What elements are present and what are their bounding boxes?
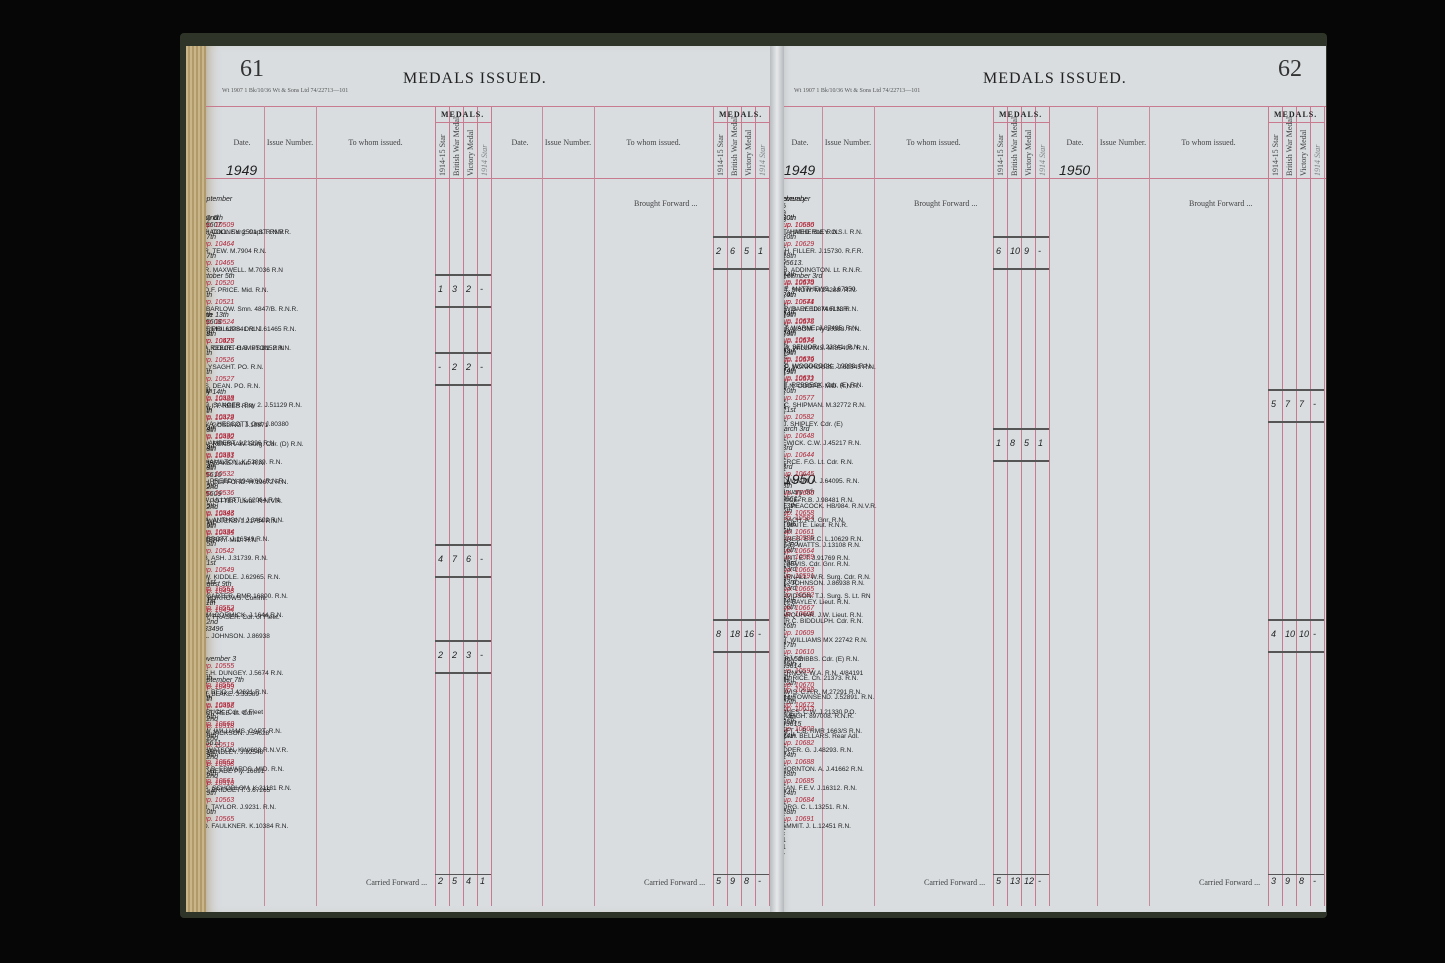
entry-date: " 24th xyxy=(198,445,778,452)
entry-issue-number: Dup. 10682 xyxy=(778,740,1326,747)
entry-date: " 5th xyxy=(198,369,778,376)
entry-date: " 24th xyxy=(778,330,1326,337)
entry-issue-number: Dup. 10664 xyxy=(778,548,1326,555)
subtotal-value: - xyxy=(1313,399,1316,409)
ledger-row: April 5th395614VERNON. W.A. R.N. 4/84191… xyxy=(778,656,1326,672)
entry-date: November 3 xyxy=(198,656,778,663)
entry-date: " 17th xyxy=(198,253,778,260)
ledger-row: " 5thDup. 10527C.S. DEAN. PO. R.N.111- xyxy=(198,369,778,385)
entry-date: " 30th xyxy=(198,733,778,740)
ledger-row: " 31stDup. 10549S.W. KIDDLE. J.62965. R.… xyxy=(198,560,778,576)
carried-forward-value: 5 xyxy=(452,876,457,886)
ledger-row: " 17thDup. 10464B.R. TEW. M.7904 R.N.-1-… xyxy=(198,234,778,250)
entry-issue-number: Dup. 10634 xyxy=(778,337,1326,344)
entry-issue-number: Dup. 10532 xyxy=(198,471,778,478)
entry-date: " 6th xyxy=(198,292,778,299)
col-header-star: 1914-15 Star xyxy=(438,126,447,176)
subtotal-value: 10 xyxy=(1285,629,1295,639)
entry-date: " 24th xyxy=(778,292,1326,299)
carried-forward-rule xyxy=(435,874,491,875)
carried-forward-value: 4 xyxy=(466,876,471,886)
ledger-row: " 22ndDup. 10664HUNT. E.T. J.91769 R.N.-… xyxy=(778,541,1326,557)
entry-recipient: ZAMMIT. J. L.12451 R.N. xyxy=(778,823,1326,830)
carried-forward-value: - xyxy=(1313,876,1316,886)
entry-date: " 31st xyxy=(198,579,778,586)
entry-issue-number: Dup. 10522 xyxy=(198,414,778,421)
entry-issue-number: Dup. 10629 xyxy=(778,241,1326,248)
entry-issue-number: Dup. 10672 xyxy=(778,702,1326,709)
carried-forward-value: 5 xyxy=(996,876,1001,886)
entry-date: " 28th xyxy=(778,253,1326,260)
entry-issue-number: Dup. 10524 xyxy=(198,319,778,326)
col-header-bwm: British War Medal xyxy=(452,126,461,176)
col-header-bwm: British War Medal xyxy=(1010,126,1019,176)
col-header-issue-number: Issue Number. xyxy=(264,138,316,147)
entry-date: " 23rd xyxy=(778,579,1326,586)
subtotal-value: 1 xyxy=(758,246,763,256)
entry-issue-number: Dup. 10691 xyxy=(778,816,1326,823)
entry-date: " 20th xyxy=(778,388,1326,395)
ledger-row: " 25thDup. 10536F.W. ULLYETT K.62064 R.N… xyxy=(198,483,778,499)
entry-date: " 21st xyxy=(778,407,1326,414)
entry-issue-number: 395614 xyxy=(778,663,1326,670)
entry-issue-number: Dup. 10665 xyxy=(778,586,1326,593)
carried-forward-value: 8 xyxy=(1299,876,1304,886)
entry-issue-number: Dup. 10525 xyxy=(198,338,778,345)
entry-date: " 3rd xyxy=(778,445,1326,452)
col-header-issue-number: Issue Number. xyxy=(822,138,874,147)
entry-date: " 16th xyxy=(198,714,778,721)
medals-subrule xyxy=(1268,122,1324,123)
medals-subrule xyxy=(435,122,491,123)
entry-date: " 24th xyxy=(778,598,1326,605)
subtotal-value: 4 xyxy=(1271,629,1276,639)
page-title: MEDALS ISSUED. xyxy=(403,70,547,88)
subtotal-rule xyxy=(1268,389,1324,391)
entry-date: " 25th xyxy=(198,483,778,490)
ledger-row: " 5thDup. 10526J. LYSAGHT. PO. R.N.111- xyxy=(198,350,778,366)
ledger-row: " 5thDup. 10524F.G. PHILLIPS. Ord. J.614… xyxy=(198,312,778,328)
col-header-star: 1914-15 Star xyxy=(996,126,1005,176)
entry-date: " 24th xyxy=(198,464,778,471)
entry-issue-number: Dup. 10533 xyxy=(198,452,778,459)
ledger-row: " 5thDup. 10525P.P. REECE. O.S. SS.8152 … xyxy=(198,331,778,347)
printer-imprint: Wt 1907 1 Bk/10/36 Wt & Sons Ltd 74/2271… xyxy=(222,88,348,94)
entry-issue-number: Dup. 10645 xyxy=(778,471,1326,478)
subtotal-value: 10 xyxy=(1299,629,1309,639)
col-header-issue-number: Issue Number. xyxy=(1097,138,1149,147)
ledger-row: " 24thDup. 10634L.O. SENIOR. J.23841. R.… xyxy=(778,330,1326,346)
entry-issue-number: Dup. 10636 xyxy=(778,356,1326,363)
ledger-row: " 24thDup. 10632R.T. WARNE. J.87495. R.N… xyxy=(778,311,1326,327)
page-62: 62MEDALS ISSUED.Wt 1907 1 Bk/10/36 Wt & … xyxy=(778,46,1326,912)
entry-issue-number: Dup. 10542 xyxy=(198,548,778,555)
ledger-row: " 21stDup. 10582P.T. SHIPLEY. Cdr. (E)-1… xyxy=(778,407,1326,423)
ledger-row: " 24th395615TAFT. L.B. RMR 1663/S R.N.-1… xyxy=(778,714,1326,730)
entry-issue-number: Dup. 10552 xyxy=(198,605,778,612)
entry-issue-number: Dup. 10549 xyxy=(198,567,778,574)
entry-issue-number: Dup. 10565 xyxy=(198,816,778,823)
entry-date: " 15th xyxy=(778,522,1326,529)
col-header-date: Date. xyxy=(778,138,822,147)
carried-forward-rule xyxy=(1268,874,1324,875)
medals-subrule xyxy=(713,122,769,123)
carried-forward-value: 9 xyxy=(730,876,735,886)
ledger-row: " 15thDup. 10661DANES. E.R.C. L.10629 R.… xyxy=(778,522,1326,538)
subtotal-rule xyxy=(435,640,491,642)
ledger-row: " 28th395613.P.B. ADDINGTON. Lt. R.N.R.1… xyxy=(778,253,1326,269)
entry-date: " 22nd xyxy=(778,541,1326,548)
entry-date: " 8th xyxy=(778,483,1326,490)
book-gutter xyxy=(770,46,784,912)
carried-forward-value: 12 xyxy=(1024,876,1034,886)
entry-issue-number: Dup. 10667 xyxy=(778,605,1326,612)
ledger-row: " 24thDup. 10667FARQUHAR. J.W. Lieut. R.… xyxy=(778,598,1326,614)
col-header-bwm: British War Medal xyxy=(1285,126,1294,176)
col-header-victory: Victory Medal xyxy=(1024,126,1033,176)
page-edges xyxy=(186,46,206,912)
carried-forward-rule xyxy=(713,874,769,875)
col-header-medals: MEDALS. xyxy=(719,110,762,119)
entry-issue-number: Dup. 10639 xyxy=(778,279,1326,286)
carried-forward-value: 1 xyxy=(480,876,485,886)
brought-forward-row: FebruaryBrought Forward ... xyxy=(778,196,1326,212)
entry-date: " 31st xyxy=(198,560,778,567)
carried-forward-label: Carried Forward ... xyxy=(1199,878,1260,887)
brought-forward-label: Brought Forward ... xyxy=(634,199,697,208)
entry-recipient: L.E. REBBECK. Cdr. (E) R.N. xyxy=(778,382,1326,389)
entry-date: " 24th xyxy=(778,733,1326,740)
subtotal-value: 7 xyxy=(1299,399,1304,409)
ledger-row: March 3rdDup. 10648BEWICK. C.W. J.45217 … xyxy=(778,426,1326,442)
ledger-row: " 24thDup. 10688THORNTON. A. J.41662 R.N… xyxy=(778,752,1326,768)
entry-issue-number: Dup. 10551 xyxy=(198,586,778,593)
entry-recipient: J.D. FAULKNER. K.10384 R.N. xyxy=(198,823,778,830)
entry-issue-number: Dup. 10561 xyxy=(198,778,778,785)
entry-date: " 24th xyxy=(778,790,1326,797)
entry-issue-number: Dup. 10582 xyxy=(778,414,1326,421)
subtotal-rule xyxy=(713,619,769,621)
entry-issue-number: Dup. 10465 xyxy=(198,260,778,267)
ledger-row: November 3Dup. 10555A.E.H. DUNGEY. J.567… xyxy=(198,656,778,672)
ledger-row: " 26thDup. 10561S.A. SCHOBLOM. K.21181 R… xyxy=(198,771,778,787)
entry-date: " 20th xyxy=(778,215,1326,222)
ledger-row: " 31stDup. 10551H. CARTER. RMR 16800. R.… xyxy=(198,579,778,595)
entry-date: " 22nd xyxy=(198,619,778,626)
col-header-date: Date. xyxy=(498,138,542,147)
entry-date: " 28th xyxy=(778,771,1326,778)
col-header-victory: Victory Medal xyxy=(744,126,753,176)
col-header-victory: Victory Medal xyxy=(466,126,475,176)
entry-issue-number: Dup. 10543 xyxy=(198,510,778,517)
entry-date: " 26th xyxy=(198,771,778,778)
col-header-bwm: British War Medal xyxy=(730,126,739,176)
ledger-row: " 24thDup. 10533F. HAMILTON. K.52039. R.… xyxy=(198,445,778,461)
brought-forward-row: SeptemberBrought Forward ...2541 xyxy=(198,196,778,212)
page-61: 61MEDALS ISSUED.Wt 1907 1 Bk/10/36 Wt & … xyxy=(198,46,778,912)
entry-date: " 27th xyxy=(778,642,1326,649)
subtotal-rule xyxy=(1268,651,1324,653)
subtotal-value: 7 xyxy=(1285,399,1290,409)
entry-issue-number: Dup. 10526 xyxy=(198,357,778,364)
entry-issue-number: Dup. 10530 xyxy=(198,433,778,440)
entry-issue-number: Dup. 10663 xyxy=(778,567,1326,574)
ledger-row: " 17thDup. 10465C.R. MAXWELL. M.7036 R.N… xyxy=(198,253,778,269)
entry-date: April 5th xyxy=(778,656,1326,663)
subtotal-value: 2 xyxy=(716,246,721,256)
ledger-row: " 29thDup. 10563J.R. TAYLOR. J.9231. R.N… xyxy=(198,790,778,806)
entry-issue-number: Dup. 10661 xyxy=(778,529,1326,536)
carried-forward-value: 5 xyxy=(716,876,721,886)
ledger-row: October 5thDup. 10520E.O.F. PRICE. Mid. … xyxy=(198,273,778,289)
printer-imprint: Wt 1907 1 Bk/10/36 Wt & Sons Ltd 74/2271… xyxy=(794,88,920,94)
ledger-row: " 26thDup. 10609L.T. WILLIAMS MX 22742 R… xyxy=(778,623,1326,639)
ledger-row: " 25thDup. 10534J. IBBOTT. J.16549 R.N.1… xyxy=(198,522,778,538)
entry-issue-number: Dup. 10656 xyxy=(778,490,1326,497)
year-label: 1949 xyxy=(784,162,815,178)
ledger-row: " 25thDup. 10543G.A. ANTHONY J.34602 R.N… xyxy=(198,503,778,519)
subtotal-rule xyxy=(713,236,769,238)
carried-forward-value: 2 xyxy=(438,876,443,886)
entry-issue-number: Dup. 10509 xyxy=(198,222,778,229)
entry-issue-number: Dup. 10536 xyxy=(198,490,778,497)
entry-date: " 25th xyxy=(198,503,778,510)
entry-date: " 24th xyxy=(778,752,1326,759)
col-header-date: Date. xyxy=(1053,138,1097,147)
entry-issue-number: Dup. 10609 xyxy=(778,630,1326,637)
entry-issue-number: Dup. 10562 xyxy=(198,759,778,766)
ledger-row: " 8thDup. 10556F.A. REID. J.42621 R.N.-1… xyxy=(198,675,778,691)
ledger-row: " 22ndDup. 10509T. HADILL. Surg. Capt. R… xyxy=(198,215,778,231)
ledger-row: " 5thDup. 10670DAVIS. C.H.R. M.27291 R.N… xyxy=(778,675,1326,691)
ledger-row: " 3rdDup. 10645COWHAM. A. J.64095. R.N.-… xyxy=(778,464,1326,480)
ledger-row: " 24thDup. 10532F.J. PREEDY 1948/60. R.N… xyxy=(198,464,778,480)
entry-date: " 24th xyxy=(778,368,1326,375)
col-header-victory: Victory Medal xyxy=(1299,126,1308,176)
header-rule-top xyxy=(198,106,778,107)
subtotal-value: 6 xyxy=(730,246,735,256)
entry-issue-number: Dup. 10641 xyxy=(778,299,1326,306)
col-header-extra_left: 1914 Star xyxy=(480,126,489,176)
ledger-row: " 22nd4/83496E.L. JOHNSON. J.86938--1- xyxy=(198,619,778,635)
ledger-row: " 30thDup. 10565J.D. FAULKNER. K.10384 R… xyxy=(198,809,778,825)
entry-issue-number: Dup. 10527 xyxy=(198,376,778,383)
entry-date: " 14th xyxy=(778,695,1326,702)
entry-date: " 31st xyxy=(198,598,778,605)
ledger-row: " 28thDup. 10691ZAMMIT. J. L.12451 R.N.-… xyxy=(778,809,1326,825)
entry-issue-number: Dup. 10534 xyxy=(198,529,778,536)
entry-issue-number: Dup. 10556 xyxy=(198,682,778,689)
col-header-to-whom: To whom issued. xyxy=(316,138,435,147)
entry-date: " 25th xyxy=(198,541,778,548)
year-label: 1949 xyxy=(226,162,257,178)
ledger-row: " 25thDup. 10542V.B. ASH. J.31739. R.N.1… xyxy=(198,541,778,557)
header-rule-top xyxy=(778,106,1326,107)
entry-issue-number: Dup. 10521 xyxy=(198,299,778,306)
entry-date: " 24th xyxy=(778,272,1326,279)
entry-date: " 24th xyxy=(778,311,1326,318)
col-header-extra_right: 1914 Star xyxy=(1313,126,1322,176)
col-header-extra_left: 1914 Star xyxy=(758,126,767,176)
ledger-row: " 30th395611G. WATSON. KW/688 R.N.V.R.-1… xyxy=(198,733,778,749)
carried-forward-value: 3 xyxy=(1271,876,1276,886)
entry-date: " 5th xyxy=(198,407,778,414)
subtotal-value: 5 xyxy=(744,246,749,256)
ledger-row: " 24thDup. 10641J.E. DALY. 10874 R.N.R.-… xyxy=(778,292,1326,308)
subtotal-rule xyxy=(713,651,769,653)
entry-recipient: S. McCORMICK. J.1644 R.N. xyxy=(198,612,778,619)
entry-issue-number: Dup. 10464 xyxy=(198,241,778,248)
ledger-row: " 5thDup. 10522T.S.A. HESCOTT. Ord. J.80… xyxy=(198,407,778,423)
header-rule-bottom xyxy=(198,178,778,179)
entry-issue-number: Dup. 10688 xyxy=(778,759,1326,766)
page-number: 61 xyxy=(240,56,264,83)
ledger-row: " 20thDup. 10629C.H. FILLER. J.15730. R.… xyxy=(778,234,1326,250)
entry-issue-number: Dup. 10563 xyxy=(198,797,778,804)
carried-forward-value: 13 xyxy=(1010,876,1020,886)
entry-date: " 26th xyxy=(778,623,1326,630)
entry-issue-number: Dup. 10648 xyxy=(778,433,1326,440)
entry-issue-number: Dup. 10631 xyxy=(778,375,1326,382)
entry-issue-number: Dup. 10632 xyxy=(778,318,1326,325)
entry-issue-number: 395615 xyxy=(778,721,1326,728)
ledger-row: " 14thDup. 10672JONES. C.W. J.21330 P.O.… xyxy=(778,695,1326,711)
carried-forward-label: Carried Forward ... xyxy=(644,878,705,887)
col-header-medals: MEDALS. xyxy=(999,110,1042,119)
entry-date: " 3rd xyxy=(778,464,1326,471)
entry-date: " 5th xyxy=(198,388,778,395)
medals-subrule xyxy=(993,122,1049,123)
entry-date: " 29th xyxy=(198,790,778,797)
entry-issue-number: Dup. 10528 xyxy=(198,395,778,402)
ledger-row: " 8thDup. 10656PRICE. R.B. J.98481 R.N.-… xyxy=(778,483,1326,499)
ledger-row: " 28thDup. 10685LEAN. F.E.V. J.16312. R.… xyxy=(778,771,1326,787)
col-header-to-whom: To whom issued. xyxy=(1149,138,1268,147)
entry-date: " 5th xyxy=(198,312,778,319)
entry-date: " 8th xyxy=(198,675,778,682)
carried-forward-value: - xyxy=(1038,876,1041,886)
entry-date: " 5th xyxy=(198,331,778,338)
carried-forward-value: - xyxy=(758,876,761,886)
entry-date: " 23rd xyxy=(778,560,1326,567)
col-header-medals: MEDALS. xyxy=(441,110,484,119)
ledger-row: " 24thDup. 10682ROPER. G. J.48293. R.N.-… xyxy=(778,733,1326,749)
carried-forward-value: 9 xyxy=(1285,876,1290,886)
entry-date: October 5th xyxy=(198,273,778,280)
entry-issue-number: Dup. 10520 xyxy=(198,280,778,287)
subtotal-value: - xyxy=(758,629,761,639)
subtotal-value: 8 xyxy=(716,629,721,639)
entry-date: " 24th xyxy=(198,426,778,433)
entry-date: March 3rd xyxy=(778,426,1326,433)
entry-issue-number: Dup. 10560 xyxy=(198,721,778,728)
header-rule-bottom xyxy=(778,178,1326,179)
entry-issue-number: Dup. 10684 xyxy=(778,797,1326,804)
subtotal-value: 16 xyxy=(744,629,754,639)
entry-date: " 22nd xyxy=(198,215,778,222)
page-title: MEDALS ISSUED. xyxy=(983,70,1127,88)
entry-issue-number: Dup. 10644 xyxy=(778,452,1326,459)
ledger-row: " 24thDup. 10684BORG. C. L.13251. R.N.-1… xyxy=(778,790,1326,806)
subtotal-value: 18 xyxy=(730,629,740,639)
col-header-date: Date. xyxy=(220,138,264,147)
entry-date: " 28th xyxy=(778,809,1326,816)
ledger-row: " 24thDup. 10530J. LAMBERT. J.21296 R.N.… xyxy=(198,426,778,442)
entry-issue-number: 4/83496 xyxy=(198,626,778,633)
entry-date: " 24th xyxy=(778,714,1326,721)
page-number: 62 xyxy=(1278,56,1302,83)
ledger-row: " 13thDup. 10658ROACH. A.J. Gnr. R.N.111… xyxy=(778,503,1326,519)
year-label: 1950 xyxy=(1059,162,1090,178)
subtotal-value: 5 xyxy=(1271,399,1276,409)
entry-date: " 8th xyxy=(198,695,778,702)
col-header-star: 1914-15 Star xyxy=(1271,126,1280,176)
ledger-row: " 23rdDup. 10665DAVIDSON. T.J. Surg. S. … xyxy=(778,579,1326,595)
entry-issue-number: Dup. 10557 xyxy=(198,702,778,709)
subtotal-rule xyxy=(713,268,769,270)
entry-date: " 5th xyxy=(778,675,1326,682)
ledger-row: " 24thDup. 10631L.E. REBBECK. Cdr. (E) R… xyxy=(778,368,1326,384)
entry-recipient: FARQUHAR. J.W. Lieut. R.N. xyxy=(778,612,1326,619)
entry-issue-number: Dup. 10658 xyxy=(778,510,1326,517)
entry-date: " 24th xyxy=(778,349,1326,356)
entry-issue-number: Dup. 10610 xyxy=(778,649,1326,656)
subtotal-rule xyxy=(1268,619,1324,621)
ledger-row: " 23rdDup. 10663PARNALL. W.R. Surg. Cdr.… xyxy=(778,560,1326,576)
entry-date: " 30th xyxy=(198,809,778,816)
entry-issue-number: Dup. 10577 xyxy=(778,395,1326,402)
entry-date: " 29th xyxy=(198,752,778,759)
entry-issue-number: Dup. 10555 xyxy=(198,663,778,670)
ledger-row: " 16thDup. 10560H.W. WILLIAMS. CAPT. R.N… xyxy=(198,714,778,730)
entry-date: " 5th xyxy=(198,350,778,357)
ledger-row: " 24thDup. 10639E.E. MATTHEWS. J.67350.-… xyxy=(778,272,1326,288)
carried-forward-label: Carried Forward ... xyxy=(366,878,427,887)
entry-date: " 20th xyxy=(778,234,1326,241)
entry-issue-number: Dup. 10670 xyxy=(778,682,1326,689)
ledger-row: " 20thDup. 10577E.C. SHIPMAN. M.32772 R.… xyxy=(778,388,1326,404)
carried-forward-value: 8 xyxy=(744,876,749,886)
ledger-row: " 29thDup. 10562R.R.B. EDWARDS. MID. R.N… xyxy=(198,752,778,768)
subtotal-value: - xyxy=(1313,629,1316,639)
ledger-row: " 5thDup. 10528H.G. SANGER. Boy 2. J.511… xyxy=(198,388,778,404)
col-header-to-whom: To whom issued. xyxy=(874,138,993,147)
carried-forward-rule xyxy=(993,874,1049,875)
brought-forward-label: Brought Forward ... xyxy=(1189,199,1252,208)
ledger-row: " 3rdDup. 10644PERCE. F.G. Lt. Cdr. R.N.… xyxy=(778,445,1326,461)
entry-recipient: E.L. JOHNSON. J.86938 xyxy=(198,633,778,640)
ledger-row: " 8thDup. 10557E. BUCK. Cdr. of Fleet-1-… xyxy=(198,695,778,711)
ledger-row: " 31stDup. 10552S. McCORMICK. J.1644 R.N… xyxy=(198,598,778,614)
entry-date: " 13th xyxy=(778,503,1326,510)
col-header-extra_right: 1914 Star xyxy=(1038,126,1047,176)
entry-issue-number: Dup. 10630 xyxy=(778,222,1326,229)
col-header-star: 1914-15 Star xyxy=(716,126,725,176)
entry-issue-number: Dup. 10685 xyxy=(778,778,1326,785)
ledger-row: " 20thDup. 10630H. AHMED. Std. R.N.1--- xyxy=(778,215,1326,231)
entry-recipient: T. HADILL. Surg. Capt. R.N.V.R. xyxy=(198,229,778,236)
ledger-row: " 6thDup. 10521E. BARLOW. Smn. 4847/B. R… xyxy=(198,292,778,308)
col-header-to-whom: To whom issued. xyxy=(594,138,713,147)
ledger-row: " 24thDup. 10636S.C. WOODCOCK. J.9908. R… xyxy=(778,349,1326,365)
entry-issue-number: 395611 xyxy=(198,740,778,747)
col-header-medals: MEDALS. xyxy=(1274,110,1317,119)
subtotal-rule xyxy=(1268,421,1324,423)
entry-issue-number: 395613. xyxy=(778,260,1326,267)
entry-date: " 25th xyxy=(198,522,778,529)
carried-forward-label: Carried Forward ... xyxy=(924,878,985,887)
col-header-issue-number: Issue Number. xyxy=(542,138,594,147)
